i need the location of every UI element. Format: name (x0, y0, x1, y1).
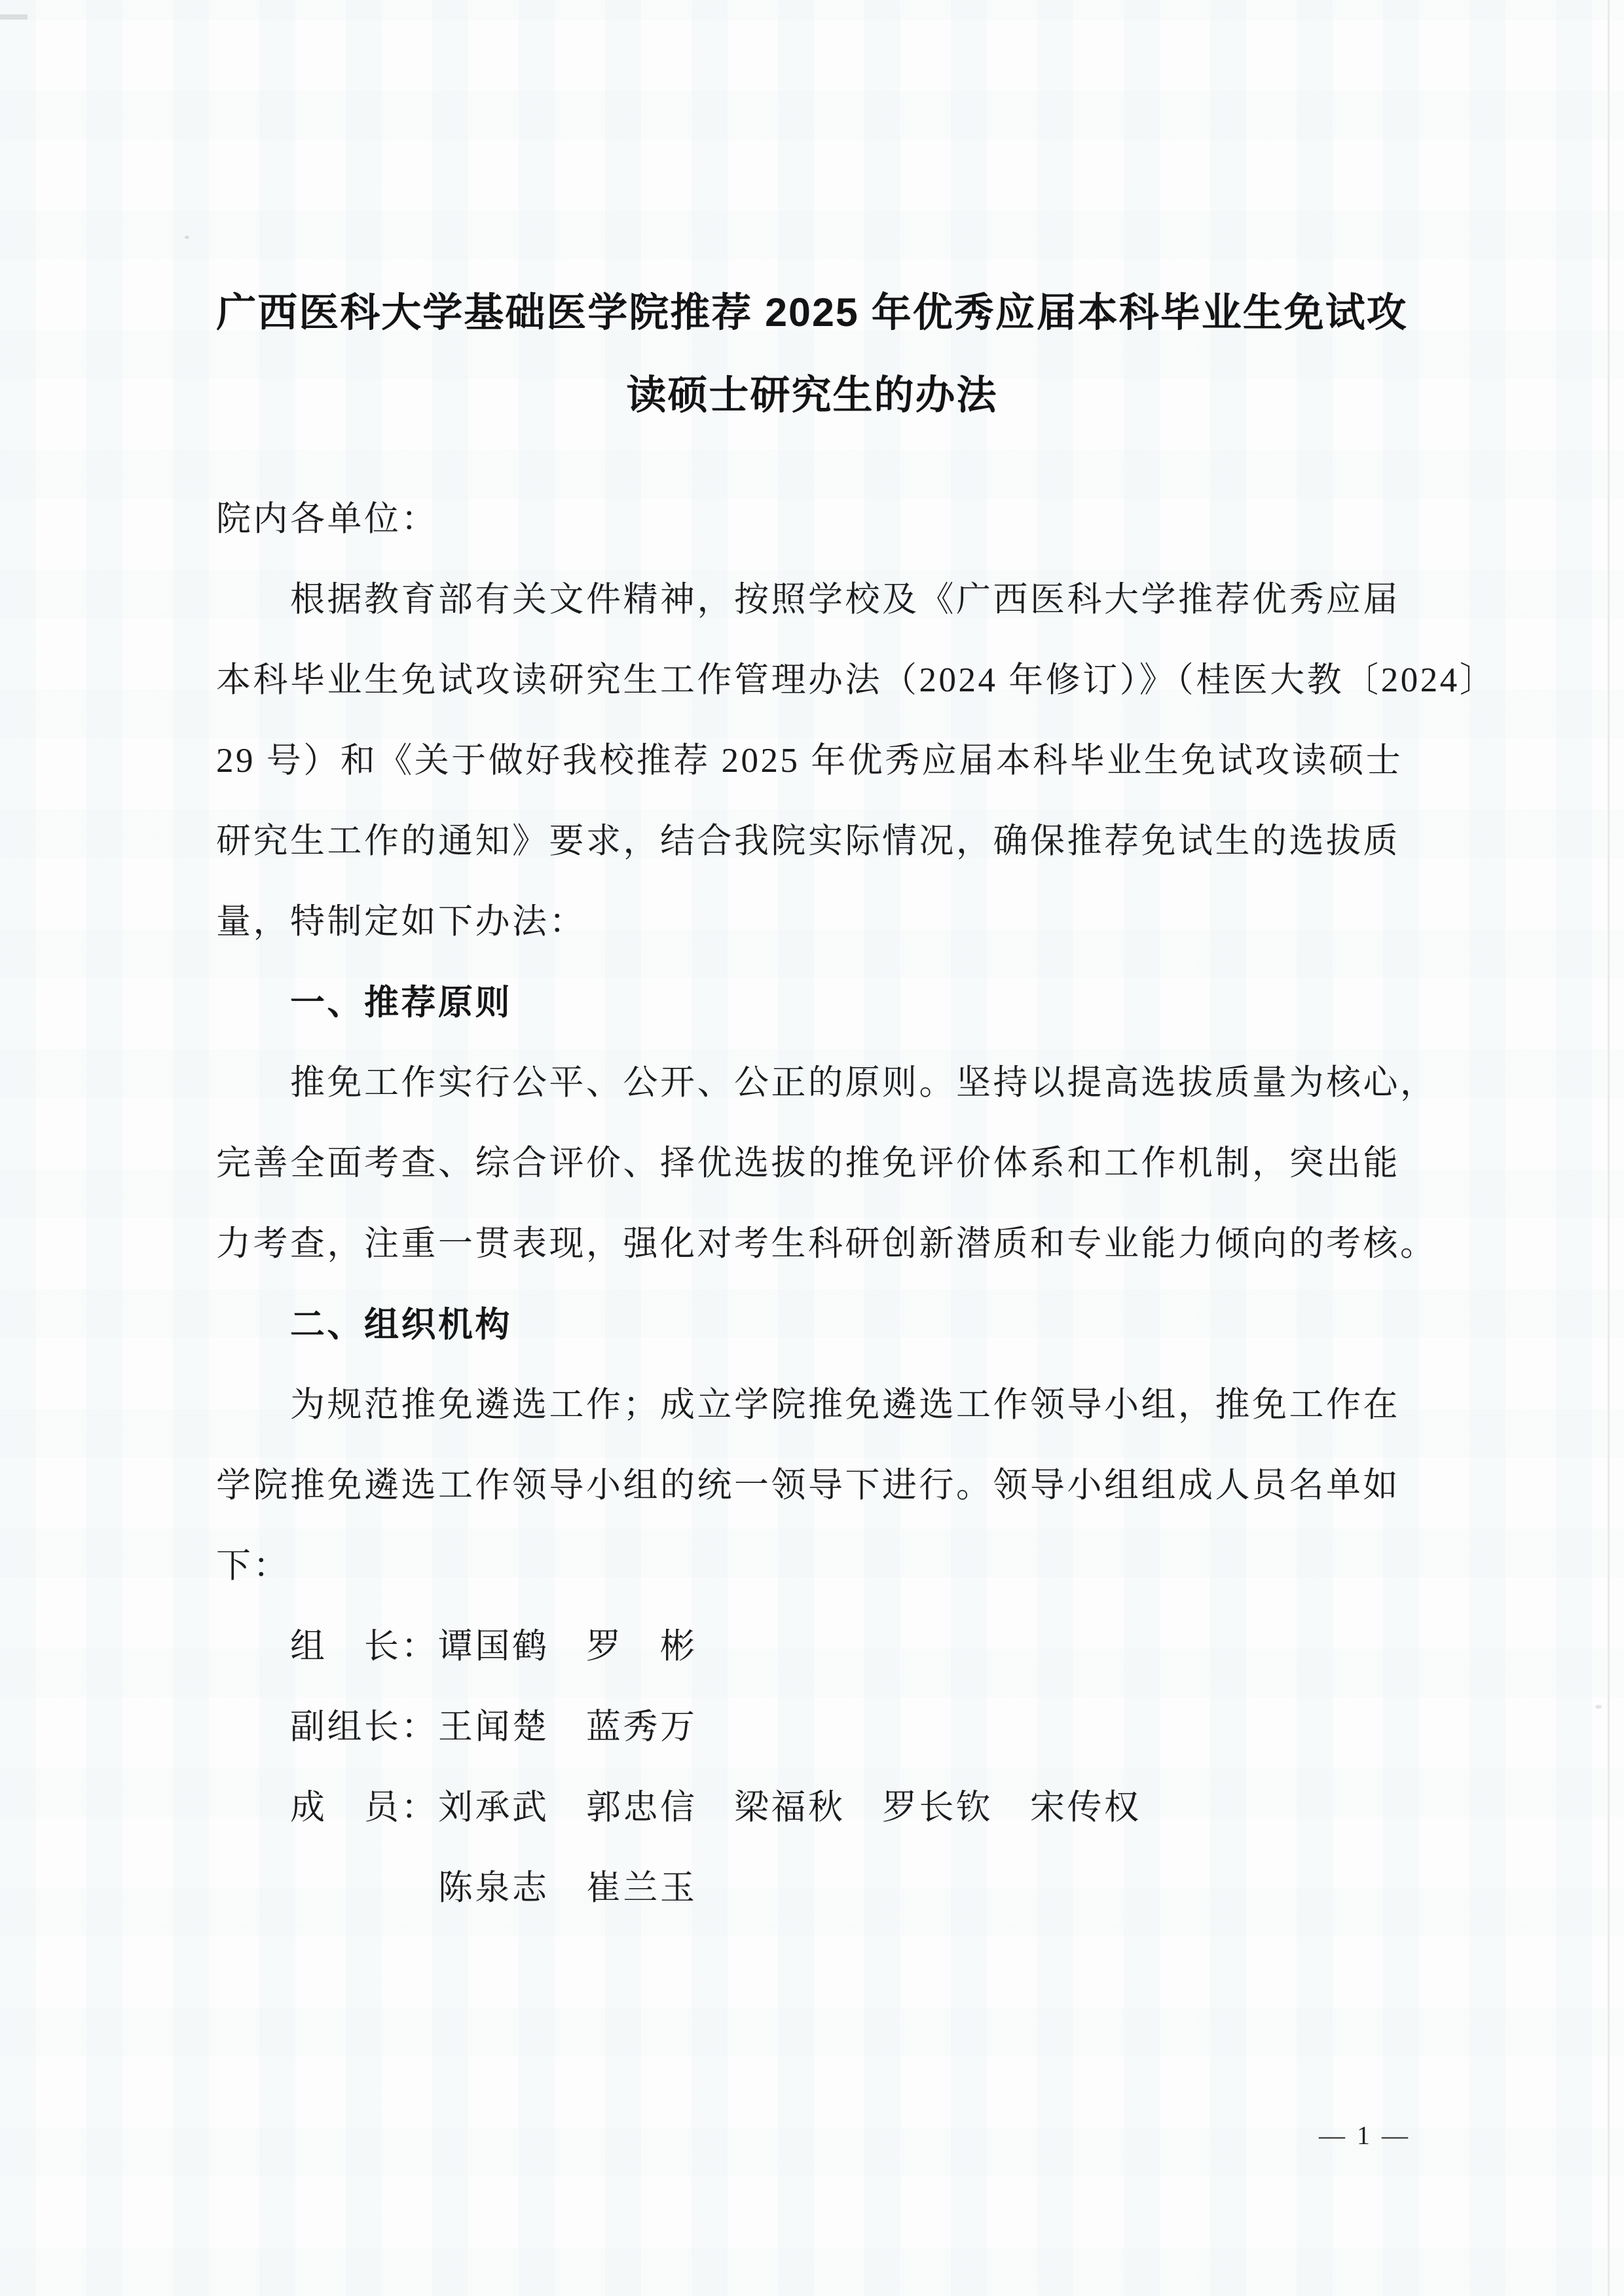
salutation-line: 院内各单位： (216, 479, 1500, 560)
roster-line-members: 成 员：刘承武 郭忠信 梁福秋 罗长钦 宋传权 (216, 1768, 1500, 1848)
paragraph-line: 学院推免遴选工作领导小组的统一领导下进行。领导小组组成人员名单如 (216, 1446, 1500, 1526)
paragraph-line: 29 号）和《关于做好我校推荐 2025 年优秀应届本科毕业生免试攻读硕士 (216, 721, 1500, 801)
paragraph-line: 本科毕业生免试攻读研究生工作管理办法（2024 年修订）》（桂医大教〔2024〕 (216, 640, 1500, 721)
scan-edge-artifact (1608, 0, 1610, 2296)
scanned-document-page: 广西医科大学基础医学院推荐 2025 年优秀应届本科毕业生免试攻 读硕士研究生的… (0, 0, 1624, 2296)
paragraph-line: 推免工作实行公平、公开、公正的原则。坚持以提高选拔质量为核心， (216, 1043, 1500, 1123)
paragraph-line: 为规范推免遴选工作；成立学院推免遴选工作领导小组，推免工作在 (216, 1365, 1500, 1446)
paragraph-line: 下： (216, 1526, 1500, 1607)
scan-corner-artifact (0, 14, 28, 20)
roster-line-leader: 组 长：谭国鹤 罗 彬 (216, 1607, 1500, 1687)
document-title: 广西医科大学基础医学院推荐 2025 年优秀应届本科毕业生免试攻 读硕士研究生的… (105, 271, 1519, 436)
paragraph-line: 研究生工作的通知》要求，结合我院实际情况，确保推荐免试生的选拔质 (216, 801, 1500, 882)
section-heading-1: 一、推荐原则 (216, 962, 1500, 1043)
paragraph-line: 完善全面考查、综合评价、择优选拔的推免评价体系和工作机制，突出能 (216, 1123, 1500, 1204)
roster-line-members-continued: 陈泉志 崔兰玉 (216, 1848, 1500, 1929)
section-heading-2: 二、组织机构 (216, 1285, 1500, 1365)
roster-line-deputy-leader: 副组长：王闻楚 蓝秀万 (216, 1687, 1500, 1768)
paragraph-line: 力考查，注重一贯表现，强化对考生科研创新潜质和专业能力倾向的考核。 (216, 1204, 1500, 1285)
scan-speck-artifact (185, 236, 189, 239)
paragraph-line: 量，特制定如下办法： (216, 882, 1500, 962)
page-number: — 1 — (1319, 2120, 1411, 2151)
document-title-line-1: 广西医科大学基础医学院推荐 2025 年优秀应届本科毕业生免试攻 (105, 271, 1519, 354)
document-title-line-2: 读硕士研究生的办法 (105, 354, 1519, 436)
scan-speck-artifact (1595, 1705, 1602, 1709)
document-body: 院内各单位： 根据教育部有关文件精神，按照学校及《广西医科大学推荐优秀应届 本科… (216, 479, 1500, 1929)
paragraph-line: 根据教育部有关文件精神，按照学校及《广西医科大学推荐优秀应届 (216, 560, 1500, 640)
